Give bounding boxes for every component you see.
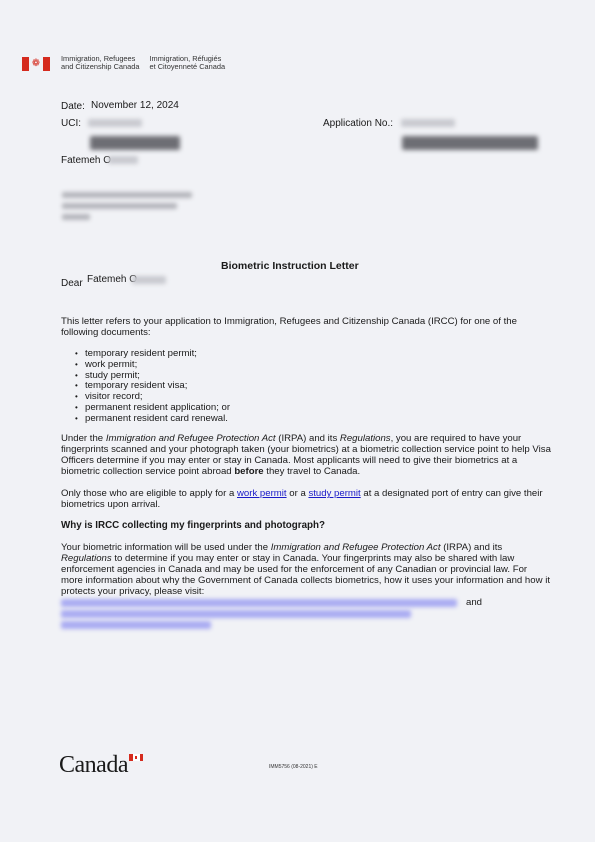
privacy-link-2-redacted[interactable] [61, 610, 411, 618]
irpa-requirement-paragraph: Under the Immigration and Refugee Protec… [61, 433, 551, 477]
recipient-address-redacted [62, 192, 192, 220]
recipient-surname-redacted [108, 156, 138, 164]
canada-wordmark-flag-icon [129, 754, 143, 761]
work-permit-link[interactable]: work permit [237, 488, 287, 499]
application-barcode-redacted [402, 136, 538, 150]
application-number-redacted [401, 119, 455, 127]
biometric-use-paragraph: Your biometric information will be used … [61, 542, 551, 597]
date-value: November 12, 2024 [91, 100, 179, 111]
letterhead: ❁ Immigration, Refugees and Citizenship … [22, 55, 225, 72]
recipient-name: Fatemeh O [61, 155, 111, 166]
application-number-label: Application No.: [323, 118, 393, 129]
salutation-name: Fatemeh O [87, 274, 137, 285]
date-label: Date: [61, 101, 85, 112]
study-permit-link[interactable]: study permit [308, 488, 360, 499]
documents-list: temporary resident permit; work permit; … [61, 349, 230, 425]
links-connector: and [466, 597, 482, 608]
port-of-entry-paragraph: Only those who are eligible to apply for… [61, 488, 551, 510]
why-collect-heading: Why is IRCC collecting my fingerprints a… [61, 520, 325, 531]
uci-label: UCI: [61, 118, 81, 129]
list-item: work permit; [61, 360, 230, 371]
salutation-surname-redacted [132, 276, 166, 284]
barcode-redacted [90, 136, 180, 150]
intro-paragraph: This letter refers to your application t… [61, 316, 551, 338]
letter-title: Biometric Instruction Letter [221, 260, 359, 272]
canada-wordmark: Canada [59, 752, 595, 779]
form-code: IMM5756 (08-2021) E [269, 764, 318, 770]
department-name-en: Immigration, Refugees and Citizenship Ca… [61, 55, 139, 72]
canada-flag-icon: ❁ [22, 57, 50, 71]
department-name-fr: Immigration, Réfugiés et Citoyenneté Can… [149, 55, 225, 72]
uci-value-redacted [88, 119, 142, 127]
list-item: permanent resident card renewal. [61, 414, 230, 425]
privacy-link-2-continued-redacted[interactable] [61, 621, 211, 629]
salutation: Dear [61, 278, 83, 289]
privacy-link-1-redacted[interactable] [61, 599, 457, 607]
